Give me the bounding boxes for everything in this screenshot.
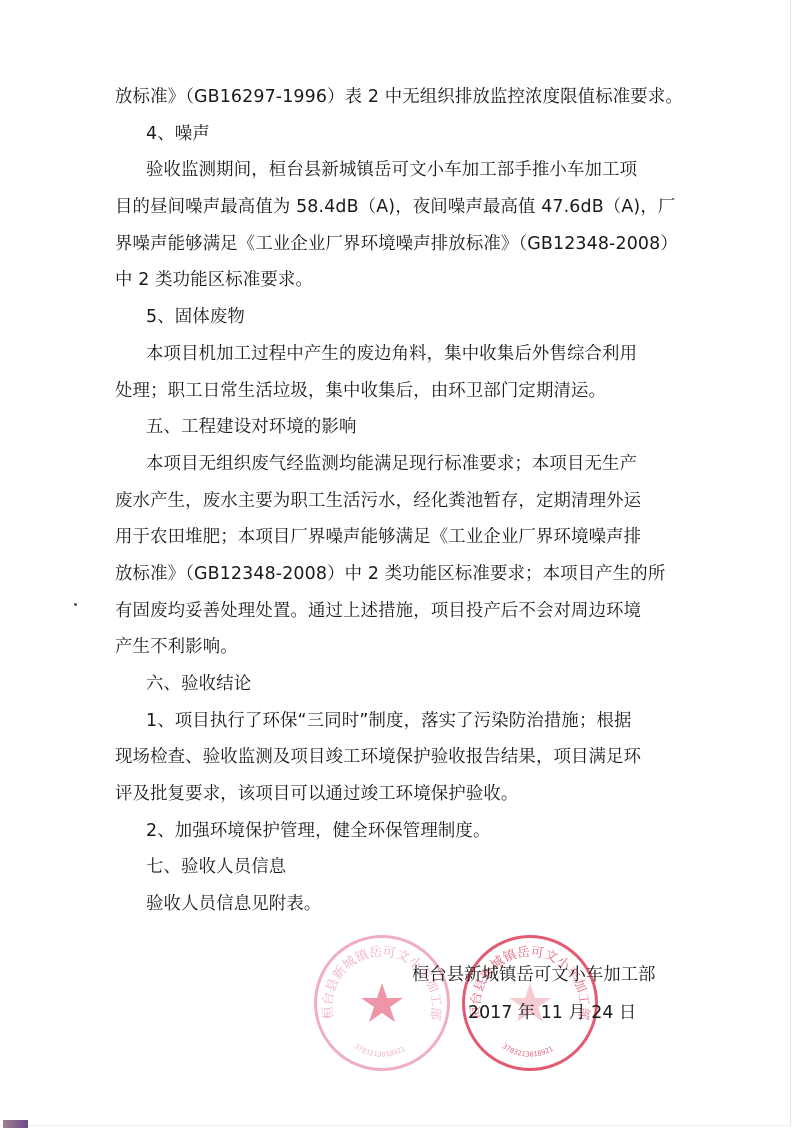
seal-stamp-left: 桓台县新城镇岳可文小车加工部 3703213018921 — [314, 935, 450, 1071]
text-line: 评及批复要求，该项目可以通过竣工环境保护验收。 — [115, 776, 685, 813]
signature-organization: 桓台县新城镇岳可文小车加工部 — [412, 960, 655, 985]
svg-text:3703213018921: 3703213018921 — [353, 1042, 407, 1058]
text-line: 验收监测期间，桓台县新城镇岳可文小车加工部手推小车加工项 — [115, 152, 685, 189]
text-line: 处理；职工日常生活垃圾，集中收集后，由环卫部门定期清运。 — [115, 373, 685, 410]
document-page: 放标准》（GB16297-1996）表 2 中无组织排放监控浓度限值标准要求。 … — [0, 0, 791, 1126]
signature-date: 2017 年 11 月 24 日 — [468, 998, 636, 1023]
section-heading-environmental-impact: 五、工程建设对环境的影响 — [115, 409, 685, 446]
text-line: 放标准》（GB16297-1996）表 2 中无组织排放监控浓度限值标准要求。 — [115, 79, 685, 116]
document-body: 放标准》（GB16297-1996）表 2 中无组织排放监控浓度限值标准要求。 … — [115, 79, 685, 923]
seal-star-icon: 桓台县新城镇岳可文小车加工部 3703213018921 — [317, 938, 447, 1068]
section-heading-personnel: 七、验收人员信息 — [115, 849, 685, 886]
text-line: 放标准》（GB12348-2008）中 2 类功能区标准要求；本项目产生的所 — [115, 556, 685, 593]
section-heading-conclusion: 六、验收结论 — [115, 666, 685, 703]
text-line: 界噪声能够满足《工业企业厂界环境噪声排放标准》（GB12348-2008） — [115, 226, 685, 263]
section-heading-noise: 4、噪声 — [115, 116, 685, 153]
scan-artifact-bar — [3, 1120, 28, 1128]
text-line: 有固废均妥善处理处置。通过上述措施，项目投产后不会对周边环境 — [115, 593, 685, 630]
text-line: 产生不利影响。 — [115, 629, 685, 666]
text-line: 中 2 类功能区标准要求。 — [115, 262, 685, 299]
text-line: 本项目机加工过程中产生的废边角料，集中收集后外售综合利用 — [115, 336, 685, 373]
text-line: 1、项目执行了环保“三同时”制度，落实了污染防治措施；根据 — [115, 703, 685, 740]
text-line: 用于农田堆肥；本项目厂界噪声能够满足《工业企业厂界环境噪声排 — [115, 519, 685, 556]
text-line: 目的昼间噪声最高值为 58.4dB（A)，夜间噪声最高值 47.6dB（A)，厂 — [115, 189, 685, 226]
text-line: 2、加强环境保护管理，健全环保管理制度。 — [115, 813, 685, 850]
text-line: 验收人员信息见附表。 — [115, 886, 685, 923]
section-heading-solid-waste: 5、固体废物 — [115, 299, 685, 336]
text-line: 本项目无组织废气经监测均能满足现行标准要求；本项目无生产 — [115, 446, 685, 483]
text-line: 废水产生，废水主要为职工生活污水，经化粪池暂存，定期清理外运 — [115, 483, 685, 520]
svg-text:3703213018921: 3703213018921 — [501, 1042, 555, 1058]
scan-artifact-dot — [74, 603, 77, 606]
text-line: 现场检查、验收监测及项目竣工环境保护验收报告结果，项目满足环 — [115, 739, 685, 776]
